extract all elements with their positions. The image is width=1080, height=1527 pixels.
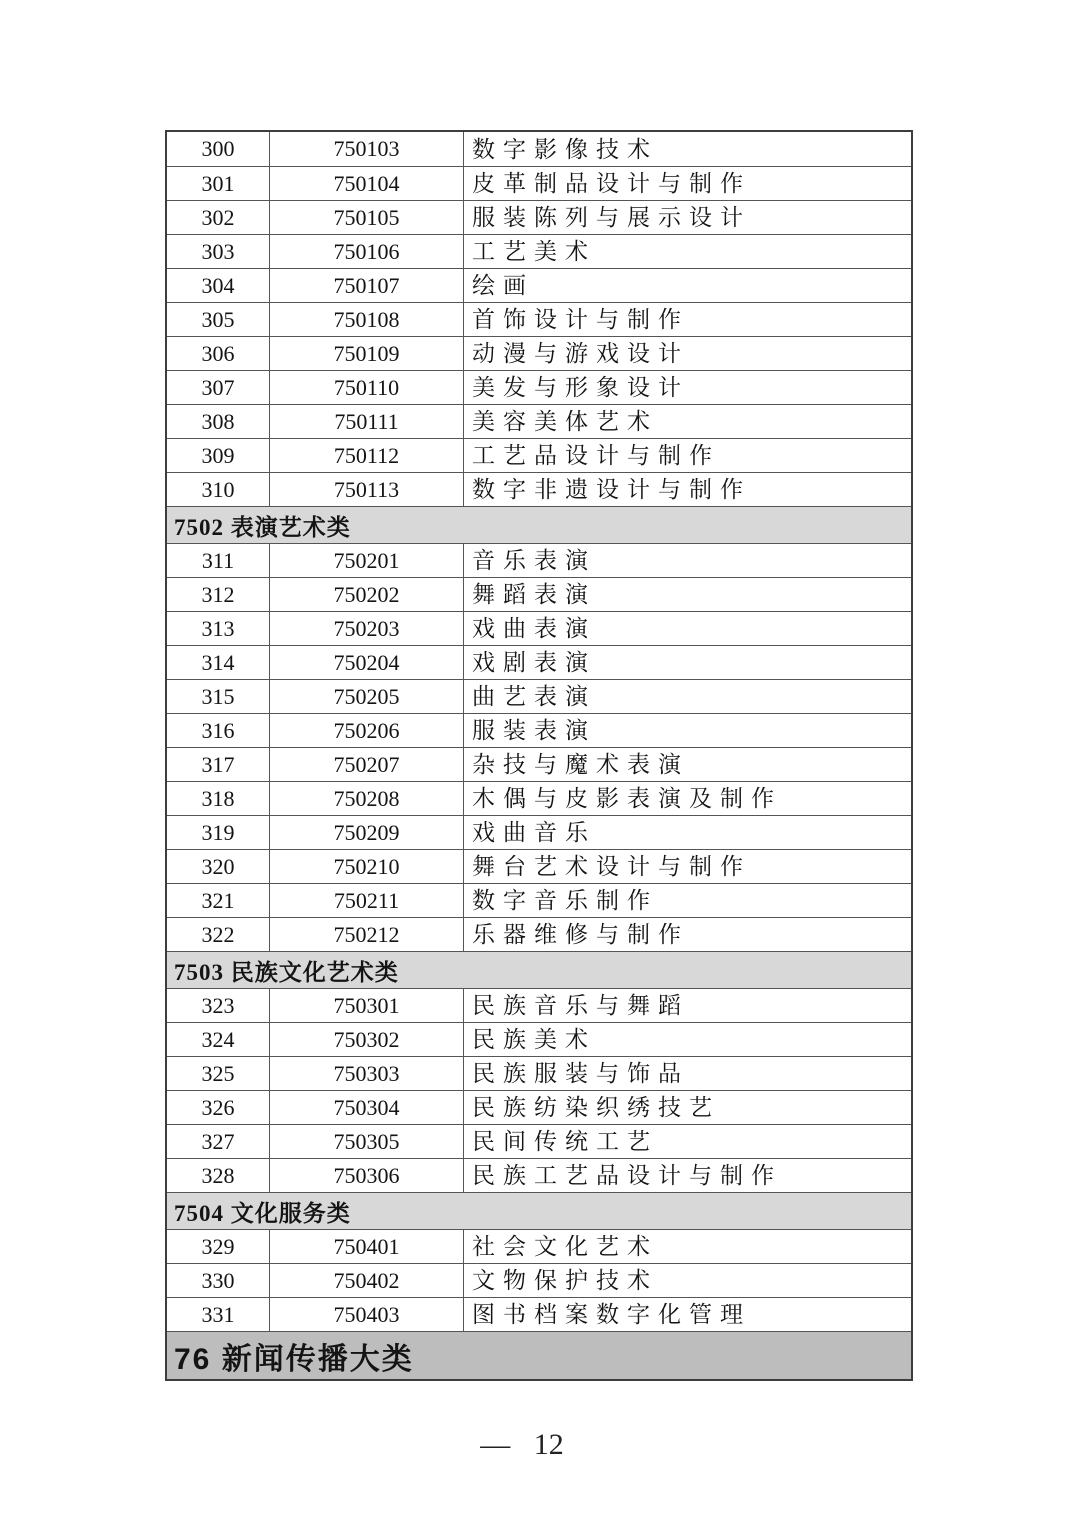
- table-row: 331750403图书档案数字化管理: [167, 1297, 911, 1331]
- code-cell: 750207: [270, 748, 464, 781]
- table-row: 318750208木偶与皮影表演及制作: [167, 781, 911, 815]
- code-cell: 750211: [270, 884, 464, 917]
- code-cell: 750104: [270, 167, 464, 200]
- seq-cell: 302: [167, 201, 270, 234]
- table-row: 316750206服装表演: [167, 713, 911, 747]
- seq-cell: 329: [167, 1230, 270, 1263]
- name-cell: 美发与形象设计: [464, 371, 911, 404]
- seq-cell: 330: [167, 1264, 270, 1297]
- code-cell: 750303: [270, 1057, 464, 1090]
- seq-cell: 321: [167, 884, 270, 917]
- table-row: 310750113数字非遗设计与制作: [167, 472, 911, 506]
- code-cell: 750209: [270, 816, 464, 849]
- name-cell: 皮革制品设计与制作: [464, 167, 911, 200]
- seq-cell: 311: [167, 544, 270, 577]
- code-cell: 750304: [270, 1091, 464, 1124]
- name-cell: 服装陈列与展示设计: [464, 201, 911, 234]
- seq-cell: 317: [167, 748, 270, 781]
- page-number: — 12: [0, 1428, 1044, 1462]
- seq-cell: 316: [167, 714, 270, 747]
- name-cell: 首饰设计与制作: [464, 303, 911, 336]
- name-cell: 民间传统工艺: [464, 1125, 911, 1158]
- name-cell: 绘画: [464, 269, 911, 302]
- name-cell: 曲艺表演: [464, 680, 911, 713]
- name-cell: 工艺品设计与制作: [464, 439, 911, 472]
- name-cell: 工艺美术: [464, 235, 911, 268]
- code-cell: 750204: [270, 646, 464, 679]
- table-row: 320750210舞台艺术设计与制作: [167, 849, 911, 883]
- seq-cell: 328: [167, 1159, 270, 1192]
- seq-cell: 327: [167, 1125, 270, 1158]
- seq-cell: 325: [167, 1057, 270, 1090]
- seq-cell: 308: [167, 405, 270, 438]
- code-cell: 750109: [270, 337, 464, 370]
- table-row: 330750402文物保护技术: [167, 1263, 911, 1297]
- seq-cell: 320: [167, 850, 270, 883]
- name-cell: 民族工艺品设计与制作: [464, 1159, 911, 1192]
- name-cell: 木偶与皮影表演及制作: [464, 782, 911, 815]
- table-row: 309750112工艺品设计与制作: [167, 438, 911, 472]
- name-cell: 音乐表演: [464, 544, 911, 577]
- subcategory-header: 7504 文化服务类: [167, 1192, 911, 1229]
- table-row: 322750212乐器维修与制作: [167, 917, 911, 951]
- name-cell: 戏曲表演: [464, 612, 911, 645]
- code-cell: 750206: [270, 714, 464, 747]
- section-header-label: 7503 民族文化艺术类: [174, 954, 399, 987]
- seq-cell: 314: [167, 646, 270, 679]
- seq-cell: 303: [167, 235, 270, 268]
- seq-cell: 304: [167, 269, 270, 302]
- name-cell: 美容美体艺术: [464, 405, 911, 438]
- category-header: 76 新闻传播大类: [167, 1331, 911, 1379]
- name-cell: 戏曲音乐: [464, 816, 911, 849]
- name-cell: 文物保护技术: [464, 1264, 911, 1297]
- name-cell: 舞蹈表演: [464, 578, 911, 611]
- name-cell: 民族美术: [464, 1023, 911, 1056]
- code-cell: 750202: [270, 578, 464, 611]
- name-cell: 民族纺染织绣技艺: [464, 1091, 911, 1124]
- code-cell: 750306: [270, 1159, 464, 1192]
- name-cell: 乐器维修与制作: [464, 918, 911, 951]
- table-row: 327750305民间传统工艺: [167, 1124, 911, 1158]
- table-row: 301750104皮革制品设计与制作: [167, 166, 911, 200]
- seq-cell: 312: [167, 578, 270, 611]
- seq-cell: 315: [167, 680, 270, 713]
- table-row: 306750109动漫与游戏设计: [167, 336, 911, 370]
- table-row: 328750306民族工艺品设计与制作: [167, 1158, 911, 1192]
- table-row: 303750106工艺美术: [167, 234, 911, 268]
- document-page: 300750103数字影像技术301750104皮革制品设计与制作3027501…: [0, 0, 1080, 1527]
- name-cell: 服装表演: [464, 714, 911, 747]
- seq-cell: 300: [167, 132, 270, 166]
- seq-cell: 318: [167, 782, 270, 815]
- seq-cell: 310: [167, 473, 270, 506]
- table-row: 302750105服装陈列与展示设计: [167, 200, 911, 234]
- table-row: 305750108首饰设计与制作: [167, 302, 911, 336]
- seq-cell: 306: [167, 337, 270, 370]
- code-cell: 750106: [270, 235, 464, 268]
- seq-cell: 307: [167, 371, 270, 404]
- name-cell: 数字影像技术: [464, 132, 911, 166]
- name-cell: 数字音乐制作: [464, 884, 911, 917]
- code-cell: 750302: [270, 1023, 464, 1056]
- table-row: 324750302民族美术: [167, 1022, 911, 1056]
- code-cell: 750205: [270, 680, 464, 713]
- code-cell: 750108: [270, 303, 464, 336]
- code-cell: 750113: [270, 473, 464, 506]
- code-cell: 750208: [270, 782, 464, 815]
- table-row: 313750203戏曲表演: [167, 611, 911, 645]
- name-cell: 社会文化艺术: [464, 1230, 911, 1263]
- table-row: 319750209戏曲音乐: [167, 815, 911, 849]
- code-cell: 750110: [270, 371, 464, 404]
- table-row: 304750107绘画: [167, 268, 911, 302]
- code-cell: 750105: [270, 201, 464, 234]
- code-cell: 750305: [270, 1125, 464, 1158]
- table-row: 311750201音乐表演: [167, 543, 911, 577]
- seq-cell: 322: [167, 918, 270, 951]
- code-cell: 750111: [270, 405, 464, 438]
- code-cell: 750201: [270, 544, 464, 577]
- seq-cell: 301: [167, 167, 270, 200]
- table-row: 323750301民族音乐与舞蹈: [167, 988, 911, 1022]
- table-row: 321750211数字音乐制作: [167, 883, 911, 917]
- subcategory-header: 7503 民族文化艺术类: [167, 951, 911, 988]
- name-cell: 动漫与游戏设计: [464, 337, 911, 370]
- seq-cell: 323: [167, 989, 270, 1022]
- table-row: 326750304民族纺染织绣技艺: [167, 1090, 911, 1124]
- table-row: 312750202舞蹈表演: [167, 577, 911, 611]
- seq-cell: 319: [167, 816, 270, 849]
- code-cell: 750212: [270, 918, 464, 951]
- name-cell: 舞台艺术设计与制作: [464, 850, 911, 883]
- section-header-label: 76 新闻传播大类: [174, 1334, 414, 1378]
- table-row: 325750303民族服装与饰品: [167, 1056, 911, 1090]
- name-cell: 数字非遗设计与制作: [464, 473, 911, 506]
- code-cell: 750402: [270, 1264, 464, 1297]
- code-cell: 750107: [270, 269, 464, 302]
- code-cell: 750301: [270, 989, 464, 1022]
- table-row: 329750401社会文化艺术: [167, 1229, 911, 1263]
- table-row: 315750205曲艺表演: [167, 679, 911, 713]
- seq-cell: 324: [167, 1023, 270, 1056]
- name-cell: 杂技与魔术表演: [464, 748, 911, 781]
- majors-table: 300750103数字影像技术301750104皮革制品设计与制作3027501…: [165, 130, 913, 1381]
- code-cell: 750103: [270, 132, 464, 166]
- name-cell: 民族服装与饰品: [464, 1057, 911, 1090]
- code-cell: 750210: [270, 850, 464, 883]
- table-row: 314750204戏剧表演: [167, 645, 911, 679]
- seq-cell: 326: [167, 1091, 270, 1124]
- table-row: 300750103数字影像技术: [167, 132, 911, 166]
- name-cell: 戏剧表演: [464, 646, 911, 679]
- code-cell: 750203: [270, 612, 464, 645]
- seq-cell: 331: [167, 1298, 270, 1331]
- code-cell: 750112: [270, 439, 464, 472]
- seq-cell: 305: [167, 303, 270, 336]
- name-cell: 民族音乐与舞蹈: [464, 989, 911, 1022]
- section-header-label: 7502 表演艺术类: [174, 509, 351, 542]
- section-header-label: 7504 文化服务类: [174, 1195, 351, 1228]
- subcategory-header: 7502 表演艺术类: [167, 506, 911, 543]
- code-cell: 750403: [270, 1298, 464, 1331]
- code-cell: 750401: [270, 1230, 464, 1263]
- name-cell: 图书档案数字化管理: [464, 1298, 911, 1331]
- seq-cell: 309: [167, 439, 270, 472]
- table-row: 317750207杂技与魔术表演: [167, 747, 911, 781]
- table-row: 308750111美容美体艺术: [167, 404, 911, 438]
- table-row: 307750110美发与形象设计: [167, 370, 911, 404]
- seq-cell: 313: [167, 612, 270, 645]
